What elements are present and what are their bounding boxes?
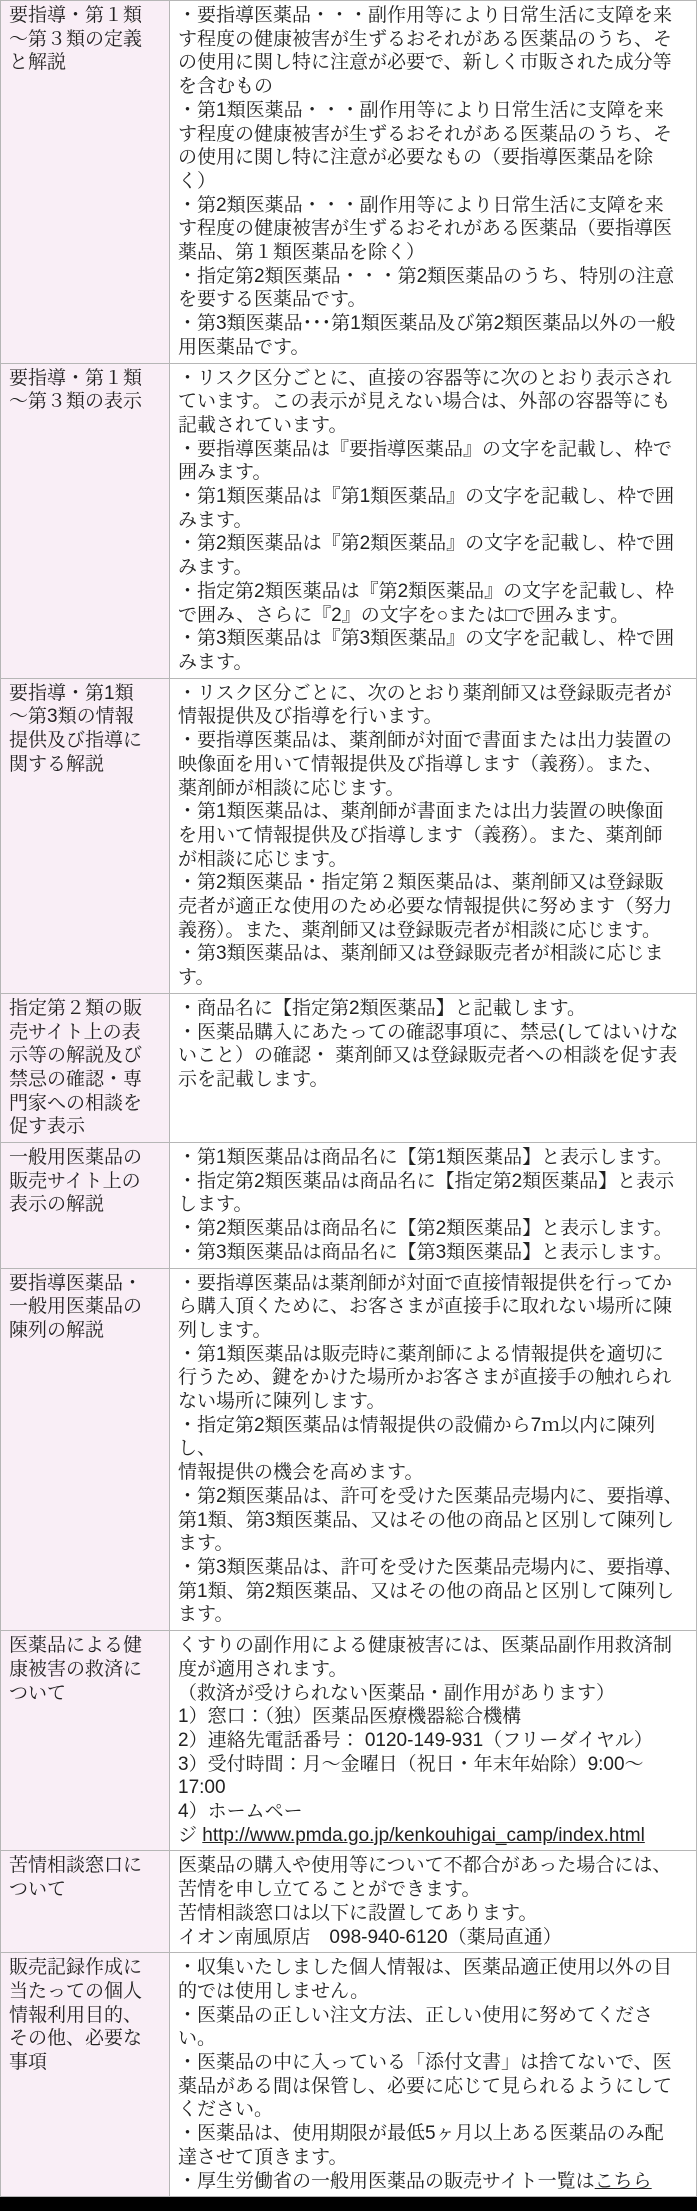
- row-header-text: 要指導・第1類 ～第3類の情報 提供及び指導に 関する解説: [9, 683, 142, 775]
- row-body-text: ・収集いたしました個人情報は、医薬品適正使用以外の目 的では使用しません。 ・医…: [178, 1957, 672, 2191]
- row-header-text: 要指導・第１類 ～第３類の表示: [9, 368, 142, 413]
- row-body-text: ・リスク区分ごとに、次のとおり薬剤師又は登録販売者が 情報提供及び指導を行います…: [178, 683, 672, 988]
- link-prefix-text: ジ: [178, 1825, 202, 1846]
- pmda-health-damage-link[interactable]: http://www.pmda.go.jp/kenkouhigai_camp/i…: [202, 1825, 645, 1846]
- table-row-personal-info-purpose: 販売記録作成に 当たっての個人 情報利用目的、 その他、必要な 事項 ・収集いた…: [1, 1953, 697, 2197]
- row-header-text: 苦情相談窓口に ついて: [9, 1855, 142, 1900]
- row-body-text: ・要指導医薬品は薬剤師が対面で直接情報提供を行ってか ら購入頂くために、お客さま…: [178, 1273, 683, 1626]
- bottom-black-bar: [0, 2197, 697, 2211]
- table-row-health-damage-relief: 医薬品による健 康被害の救済に ついて くすりの副作用による健康被害には、医薬品…: [1, 1631, 697, 1851]
- row-body-text: くすりの副作用による健康被害には、医薬品副作用救済制 度が適用されます。 （救済…: [178, 1635, 672, 1822]
- row-body-text: 医薬品の購入や使用等について不都合があった場合には、 苦情を申し立てることができ…: [178, 1855, 671, 1947]
- row-header-designated-class2-site-display: 指定第２類の販 売サイト上の表 示等の解説及び 禁忌の確認・専 門家への相談を …: [1, 993, 170, 1142]
- row-body-definitions: ・要指導医薬品・・・副作用等により日常生活に支障を来 す程度の健康被害が生ずるお…: [170, 1, 697, 364]
- row-body-shelving: ・要指導医薬品は薬剤師が対面で直接情報提供を行ってか ら購入頂くために、お客さま…: [170, 1268, 697, 1631]
- table-row-shelving: 要指導医薬品・ 一般用医薬品の 陳列の解説 ・要指導医薬品は薬剤師が対面で直接情…: [1, 1268, 697, 1631]
- row-body-complaints-desk: 医薬品の購入や使用等について不都合があった場合には、 苦情を申し立てることができ…: [170, 1851, 697, 1953]
- table-row-otc-site-display: 一般用医薬品の 販売サイト上の 表示の解説 ・第1類医薬品は商品名に【第1類医薬…: [1, 1143, 697, 1269]
- row-header-otc-site-display: 一般用医薬品の 販売サイト上の 表示の解説: [1, 1143, 170, 1269]
- row-body-health-damage-relief: くすりの副作用による健康被害には、医薬品副作用救済制 度が適用されます。 （救済…: [170, 1631, 697, 1851]
- table-row-designated-class2-site-display: 指定第２類の販 売サイト上の表 示等の解説及び 禁忌の確認・専 門家への相談を …: [1, 993, 697, 1142]
- page: 要指導・第１類 ～第３類の定義 と解説 ・要指導医薬品・・・副作用等により日常生…: [0, 0, 697, 2211]
- row-header-complaints-desk: 苦情相談窓口に ついて: [1, 1851, 170, 1953]
- row-body-text: ・要指導医薬品・・・副作用等により日常生活に支障を来 す程度の健康被害が生ずるお…: [178, 5, 675, 358]
- row-header-personal-info-purpose: 販売記録作成に 当たっての個人 情報利用目的、 その他、必要な 事項: [1, 1953, 170, 2197]
- mhlw-sales-site-list-link[interactable]: こちら: [595, 2171, 652, 2192]
- row-header-definitions: 要指導・第１類 ～第３類の定義 と解説: [1, 1, 170, 364]
- row-body-text: ・第1類医薬品は商品名に【第1類医薬品】と表示します。 ・指定第2類医薬品は商品…: [178, 1147, 674, 1263]
- row-header-shelving: 要指導医薬品・ 一般用医薬品の 陳列の解説: [1, 1268, 170, 1631]
- table-row-definitions: 要指導・第１類 ～第３類の定義 と解説 ・要指導医薬品・・・副作用等により日常生…: [1, 1, 697, 364]
- table-row-complaints-desk: 苦情相談窓口に ついて 医薬品の購入や使用等について不都合があった場合には、 苦…: [1, 1851, 697, 1953]
- row-header-text: 医薬品による健 康被害の救済に ついて: [9, 1635, 142, 1703]
- row-header-labeling: 要指導・第１類 ～第３類の表示: [1, 363, 170, 678]
- row-body-labeling: ・リスク区分ごとに、直接の容器等に次のとおり表示され ています。この表示が見えな…: [170, 363, 697, 678]
- row-body-text: ・リスク区分ごとに、直接の容器等に次のとおり表示され ています。この表示が見えな…: [178, 368, 674, 673]
- row-header-text: 要指導・第１類 ～第３類の定義 と解説: [9, 5, 142, 73]
- row-body-otc-site-display: ・第1類医薬品は商品名に【第1類医薬品】と表示します。 ・指定第2類医薬品は商品…: [170, 1143, 697, 1269]
- table-row-information-guidance: 要指導・第1類 ～第3類の情報 提供及び指導に 関する解説 ・リスク区分ごとに、…: [1, 678, 697, 993]
- medicine-risk-classification-table: 要指導・第１類 ～第３類の定義 と解説 ・要指導医薬品・・・副作用等により日常生…: [0, 0, 697, 2197]
- row-body-text: ・商品名に【指定第2類医薬品】と記載します。 ・医薬品購入にあたっての確認事項に…: [178, 998, 678, 1090]
- row-body-designated-class2-site-display: ・商品名に【指定第2類医薬品】と記載します。 ・医薬品購入にあたっての確認事項に…: [170, 993, 697, 1142]
- row-body-information-guidance: ・リスク区分ごとに、次のとおり薬剤師又は登録販売者が 情報提供及び指導を行います…: [170, 678, 697, 993]
- row-header-text: 販売記録作成に 当たっての個人 情報利用目的、 その他、必要な 事項: [9, 1957, 142, 2073]
- table-row-labeling: 要指導・第１類 ～第３類の表示 ・リスク区分ごとに、直接の容器等に次のとおり表示…: [1, 363, 697, 678]
- row-header-text: 指定第２類の販 売サイト上の表 示等の解説及び 禁忌の確認・専 門家への相談を …: [9, 998, 142, 1138]
- row-header-information-guidance: 要指導・第1類 ～第3類の情報 提供及び指導に 関する解説: [1, 678, 170, 993]
- row-body-personal-info-purpose: ・収集いたしました個人情報は、医薬品適正使用以外の目 的では使用しません。 ・医…: [170, 1953, 697, 2197]
- row-header-text: 一般用医薬品の 販売サイト上の 表示の解説: [9, 1147, 142, 1215]
- row-header-health-damage-relief: 医薬品による健 康被害の救済に ついて: [1, 1631, 170, 1851]
- row-header-text: 要指導医薬品・ 一般用医薬品の 陳列の解説: [9, 1273, 142, 1341]
